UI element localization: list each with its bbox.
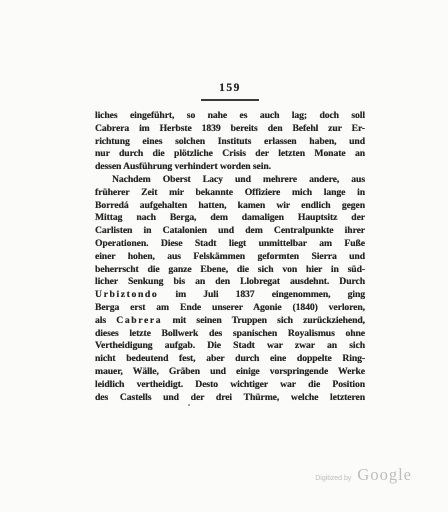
text-segment: des Castells und der drei Thürme, welche… [95,392,365,403]
text-segment: Vertheidigung aufgab. Die Stadt war zwar… [95,340,365,351]
page-header: 159 [95,78,365,101]
google-wordmark: Google [357,465,412,485]
text-line: dessen Ausführung verhindert worden sein… [95,161,365,174]
text-line: Urbiztondo im Juli 1837 eingenommen, gin… [95,289,365,302]
text-line: mauer, Wälle, Gräben und einige vorsprin… [95,366,365,379]
text-line: Nachdem Oberst Lacy und mehrere andere, … [95,174,365,187]
text-line: früherer Zeit mir bekannte Offiziere mic… [95,187,365,200]
text-segment: als [95,315,116,326]
letterspaced-name: Cabrera [116,315,162,326]
text-line: Operationen. Diese Stadt liegt unmittelb… [95,238,365,251]
text-line: einer hohen, aus Felskämmen geformten Si… [95,251,365,264]
text-line: dieses letzte Bollwerk des spanischen Ro… [95,328,365,341]
text-line: Vertheidigung aufgab. Die Stadt war zwar… [95,340,365,353]
body-text: liches eingeführt, so nahe es auch lag; … [95,110,365,404]
text-segment: Berga erst am Ende unserer Agonie (1840)… [95,302,365,313]
text-line: Cabrera im Herbste 1839 bereits den Befe… [95,123,365,136]
text-segment: licher Senkung bis an den Llobregat ausd… [95,276,365,287]
text-segment: richtung eines solchen Instituts erlasse… [95,136,365,147]
text-line: Carlisten in Catalonien und dem Centralp… [95,225,365,238]
text-segment: Mittag nach Berga, dem damaligen Hauptsi… [95,212,365,223]
text-segment: einer hohen, aus Felskämmen geformten Si… [95,251,365,262]
text-line: nur durch die plötzliche Crisis der letz… [95,148,365,161]
text-line: richtung eines solchen Instituts erlasse… [95,136,365,149]
text-segment: dessen Ausführung verhindert worden sein… [95,161,271,172]
digitized-by-label: Digitized by [315,475,351,482]
digitization-credit: Digitized by Google [315,465,412,485]
page-number-rule [201,99,259,101]
text-segment: im Juli 1837 eingenommen, ging [158,289,365,300]
text-segment: Carlisten in Catalonien und dem Centralp… [95,225,365,236]
ink-speck [188,404,190,406]
text-segment: Operationen. Diese Stadt liegt unmittelb… [95,238,365,249]
text-segment: Cabrera im Herbste 1839 bereits den Befe… [95,123,365,134]
text-line: des Castells und der drei Thürme, welche… [95,392,365,405]
text-segment: früherer Zeit mir bekannte Offiziere mic… [95,187,365,198]
text-segment: Borredá aufgehalten hatten, kamen wir en… [95,200,365,211]
text-segment: beherrscht die ganze Ebene, die sich von… [95,264,365,275]
text-segment: nur durch die plötzliche Crisis der letz… [95,148,365,159]
text-line: beherrscht die ganze Ebene, die sich von… [95,264,365,277]
text-segment: mit seinen Truppen sich zurückziehend, [162,315,365,326]
text-line: Mittag nach Berga, dem damaligen Hauptsi… [95,212,365,225]
text-line: Borredá aufgehalten hatten, kamen wir en… [95,200,365,213]
text-segment: leidlich vertheidigt. Desto wichtiger wa… [95,379,365,390]
text-line: liches eingeführt, so nahe es auch lag; … [95,110,365,123]
text-segment: dieses letzte Bollwerk des spanischen Ro… [95,328,365,339]
text-line: licher Senkung bis an den Llobregat ausd… [95,276,365,289]
text-segment: nicht bedeutend fest, aber durch eine do… [95,353,365,364]
page-number: 159 [219,82,241,94]
letterspaced-name: Urbiztondo [95,289,158,300]
text-segment: liches eingeführt, so nahe es auch lag; … [95,110,365,121]
text-line: Berga erst am Ende unserer Agonie (1840)… [95,302,365,315]
text-segment: Nachdem Oberst Lacy und mehrere andere, … [112,174,365,185]
text-line: leidlich vertheidigt. Desto wichtiger wa… [95,379,365,392]
scanned-book-page: 159 liches eingeführt, so nahe es auch l… [0,0,448,512]
text-line: als Cabrera mit seinen Truppen sich zurü… [95,315,365,328]
text-line: nicht bedeutend fest, aber durch eine do… [95,353,365,366]
text-segment: mauer, Wälle, Gräben und einige vorsprin… [95,366,365,377]
